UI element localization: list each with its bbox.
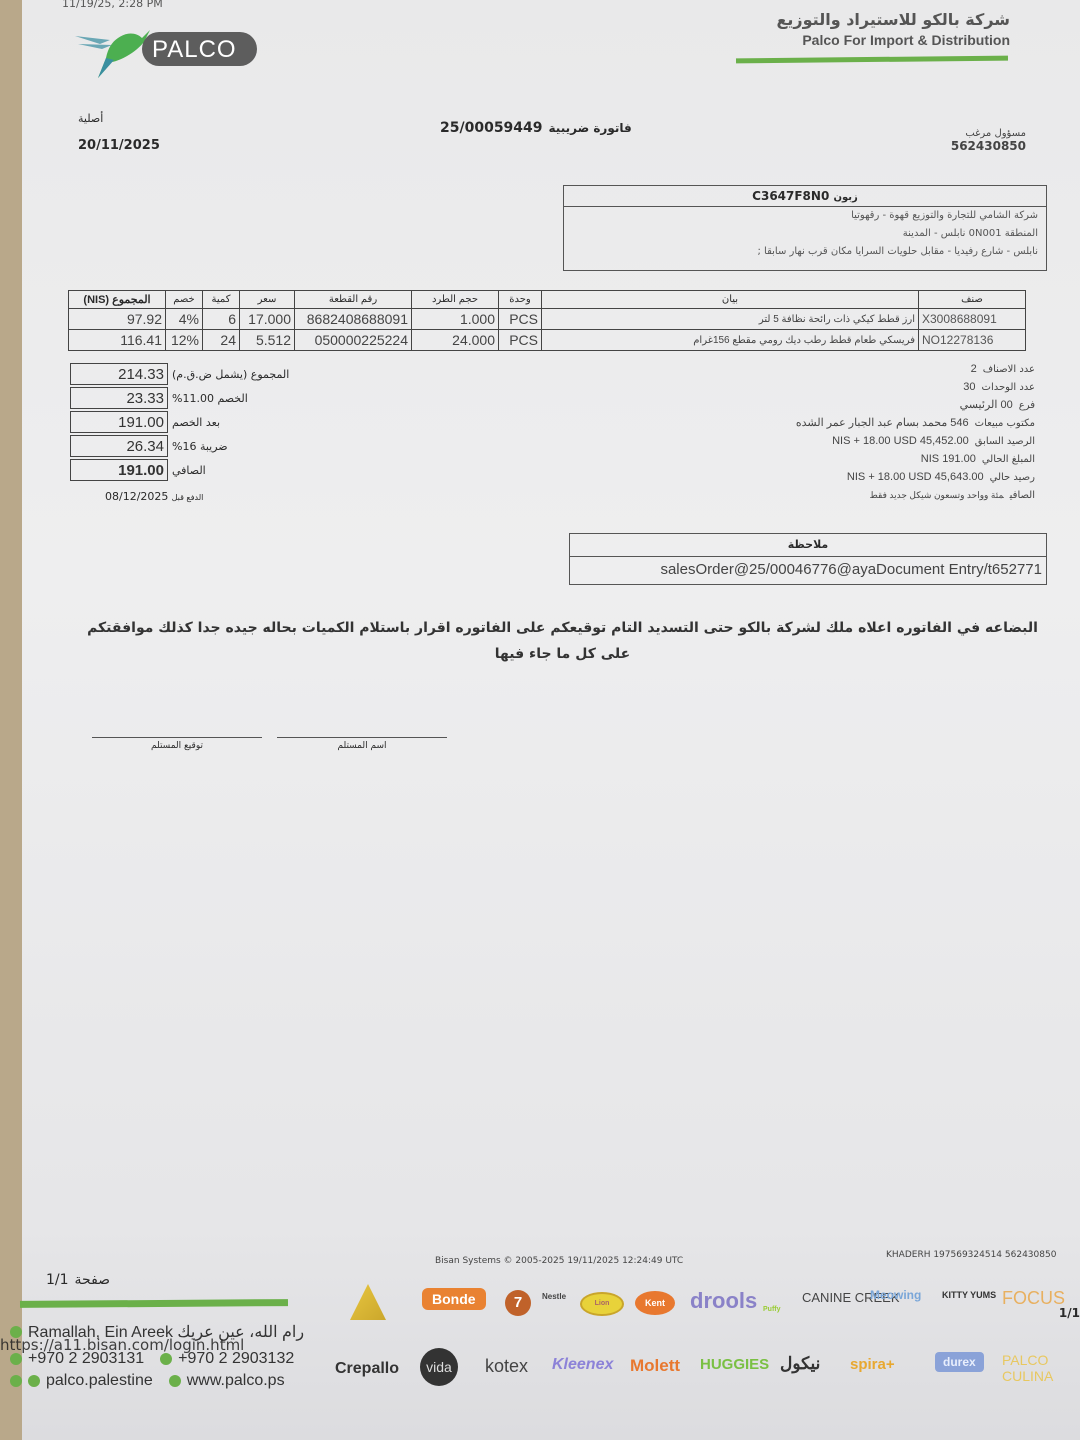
invoice-number: 25/00059449	[440, 120, 543, 136]
brand-logo: kotex	[485, 1356, 528, 1377]
invoice-date: 20/11/2025	[78, 138, 160, 153]
brand-logo: vida	[420, 1348, 458, 1386]
summary-row: رصيد حالي45,643.00 NIS + 18.00 USD	[735, 468, 1035, 486]
customer-header: C3647F8N0 زبون	[564, 186, 1046, 207]
brand-logo: Bonde	[422, 1288, 486, 1310]
company-name-ar: شركة بالكو للاستيراد والتوزيع	[776, 10, 1010, 29]
summary-row: المبلغ الحالي191.00 NIS	[735, 450, 1035, 468]
net-row: 191.00الصافي	[70, 458, 289, 482]
salesman-block: مسؤول مرغب 562430850	[940, 128, 1026, 153]
system-footer: Bisan Systems © 2005-2025 19/11/2025 12:…	[435, 1256, 683, 1266]
phones: +970 2 2903131 +970 2 2903132	[10, 1350, 294, 1368]
note-label: ملاحظة	[570, 534, 1046, 557]
items-table: المجموع (NIS) خصم كمية سعر رقم القطعة حج…	[68, 290, 1026, 351]
summary-row: عدد الوحدات30	[735, 378, 1035, 396]
brand-logo: HUGGIES	[700, 1356, 769, 1373]
brand-logo: Lion	[580, 1292, 624, 1316]
phone-icon	[10, 1353, 22, 1365]
customer-line: المنطقة 0N001 نابلس - المدينة	[564, 225, 1046, 243]
ownership-disclaimer: البضاعه في الفاتوره اعلاه ملك لشركة بالك…	[80, 615, 1045, 667]
note-text: salesOrder@25/00046776@ayaDocument Entry…	[570, 557, 1046, 583]
instagram-icon	[28, 1375, 40, 1387]
brand-logo: نيكول	[780, 1354, 820, 1374]
brand-logos: Bonde 7 Nestle Lion Kent drools Puffy CA…	[330, 1278, 1070, 1398]
brand-logo: Kent	[635, 1291, 675, 1315]
brand-logo: KITTY YUMS	[942, 1290, 996, 1300]
brand-logo: Meowing	[870, 1288, 921, 1302]
pay-before: 08/12/2025 الدفع قبل	[105, 490, 203, 503]
customer-line: نابلس - شارع رفيديا - مقابل حلويات السرا…	[564, 243, 1046, 261]
brand-logo: Kleenex	[552, 1356, 613, 1374]
summary-row: مكتوب مبيعات546 محمد بسام عبد الجبار عمر…	[735, 414, 1035, 432]
tax-row: 26.34ضريبة 16%	[70, 434, 289, 458]
brand-logo: Molett	[630, 1356, 680, 1376]
invoice-title-ar: فاتورة ضريبية	[549, 121, 632, 135]
totals-block: 214.33المجموع (يشمل ض.ق.م) 23.33الخصم 11…	[70, 362, 289, 482]
page-number: 1/1صفحة	[46, 1272, 110, 1288]
note-box: ملاحظة salesOrder@25/00046776@ayaDocumen…	[569, 533, 1047, 585]
invoice-summary: عدد الاصناف2 عدد الوحدات30 فرع00 الرئيسي…	[735, 360, 1035, 504]
customer-line: شركة الشامي للتجارة والتوزيع قهوة - رقهو…	[564, 207, 1046, 225]
brand-logo: spira+	[850, 1356, 895, 1373]
brand-logo: durex	[935, 1352, 984, 1372]
facebook-icon	[10, 1375, 22, 1387]
fax-icon	[160, 1353, 172, 1365]
barbara-logo-icon	[350, 1284, 386, 1324]
brand-logo: Crepallo	[335, 1360, 399, 1378]
summary-row: فرع00 الرئيسي	[735, 396, 1035, 414]
summary-row: عدد الاصناف2	[735, 360, 1035, 378]
receiver-name-line: اسم المستلم	[277, 737, 447, 751]
print-timestamp: 11/19/25, 2:28 PM	[62, 0, 163, 10]
discount-row: 23.33الخصم 11.00%	[70, 386, 289, 410]
web-social: palco.palestine www.palco.ps	[10, 1372, 285, 1390]
summary-row: الصافيمئة وواحد وتسعون شيكل جديد فقط	[735, 486, 1035, 504]
brand-logo: Puffy	[763, 1306, 781, 1313]
after-discount-row: 191.00بعد الخصم	[70, 410, 289, 434]
customer-box: C3647F8N0 زبون شركة الشامي للتجارة والتو…	[563, 185, 1047, 271]
table-row: 97.92 4% 6 17.000 8682408688091 1.000 PC…	[69, 309, 1026, 330]
brand-logo: PALCO CULINA	[1002, 1352, 1070, 1384]
receiver-signature-line: توقيع المستلم	[92, 737, 262, 751]
company-name-en: Palco For Import & Distribution	[802, 32, 1010, 48]
globe-icon	[169, 1375, 181, 1387]
total-row: 214.33المجموع (يشمل ض.ق.م)	[70, 362, 289, 386]
table-row: 116.41 12% 24 5.512 050000225224 24.000 …	[69, 330, 1026, 351]
salesman-number: 562430850	[940, 139, 1026, 153]
copy-label: أصلية	[78, 112, 103, 125]
table-header-row: المجموع (NIS) خصم كمية سعر رقم القطعة حج…	[69, 291, 1026, 309]
brand-logo: FOCUS	[1002, 1288, 1065, 1309]
brand-logo: drools	[690, 1288, 757, 1314]
user-reference: KHADERH 197569324514 562430850	[886, 1250, 1056, 1260]
palco-logo: PALCO	[70, 18, 280, 80]
brand-logo: Nestle	[542, 1292, 566, 1301]
invoice-title: 25/00059449فاتورة ضريبية	[440, 120, 632, 136]
summary-row: الرصيد السابق45,452.00 NIS + 18.00 USD	[735, 432, 1035, 450]
brand-logo: 7	[505, 1290, 531, 1316]
